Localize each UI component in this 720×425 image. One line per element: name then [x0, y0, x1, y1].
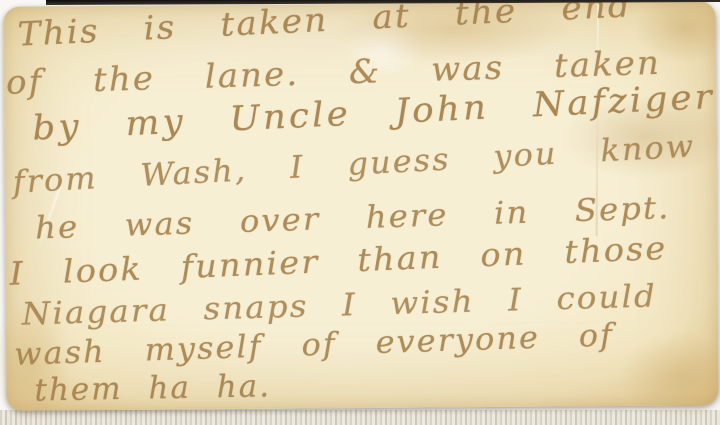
scanner-background-texture [0, 410, 720, 425]
scan-area: This is taken at the end of the lane. & … [0, 0, 720, 425]
handwritten-line: them ha ha. [34, 368, 271, 408]
note-lines: This is taken at the end of the lane. & … [3, 1, 718, 411]
postcard: This is taken at the end of the lane. & … [3, 1, 718, 411]
